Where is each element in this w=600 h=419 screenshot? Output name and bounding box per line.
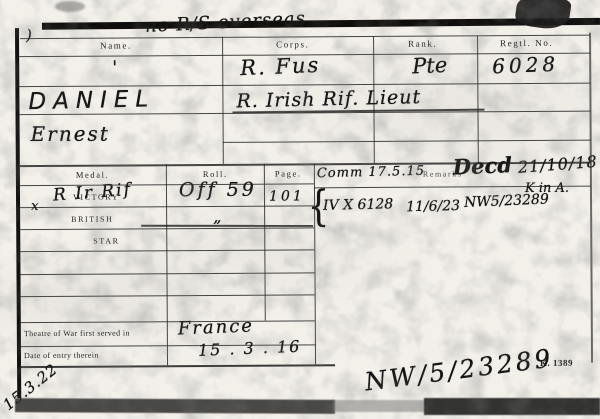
top-handwritten-note: no R/S overseas, [145,8,314,37]
regtl-no-column-header: Regtl. No. [500,38,553,48]
scanned-medal-index-card: Name. Corps. Rank. Regtl. No. Medal. Rol… [0,0,600,419]
corps-entry: R. Fus [240,53,321,80]
footer-reference: NW/5/23289 [363,343,555,396]
corner-mark: ) [26,26,32,44]
theatre-entry: France [177,315,254,339]
commission-note: Comm 17.5.15 [317,164,426,182]
rule-line [222,37,224,164]
rule-line [166,164,168,365]
rule-line [223,140,591,143]
corps-column-header: Corps. [276,39,309,49]
card-sheet: Name. Corps. Rank. Regtl. No. Medal. Rol… [0,0,600,419]
scan-bottom-band [15,398,335,414]
rank-column-header: Rank. [408,39,437,49]
victory-roll-entry: Off 59 [179,179,257,201]
victory-roll-script: R Ir Rif [52,180,132,206]
scan-smudge [55,1,85,12]
card-left-edge [15,28,21,398]
ink-underline [141,225,313,227]
entry-date-value: 15 . 3 . 16 [198,337,302,360]
name-cell-tick: ' [112,58,117,79]
rule-line [477,35,479,162]
second-unit-rank-entry: R. Irish Rif. Lieut [236,86,421,112]
star-medal-label: STAR [93,237,119,246]
british-medal-label: BRITISH [71,215,113,224]
british-roll-ditto: „ [213,207,221,226]
medal-column-header: Medal. [76,170,110,180]
scan-bottom-band [333,400,425,412]
page-column-header: Page. [275,168,302,178]
reference-entry-3: NW5/23289 [464,191,549,210]
roll-column-header: Roll. [203,169,228,179]
card-bottom-rule [17,364,335,368]
forename-entry: Ernest [31,122,110,146]
deceased-note: Decd [452,152,512,179]
victory-page-entry: 101 [269,188,305,204]
surname-entry: DANIEL [28,86,155,115]
victory-row-mark: x [31,199,38,214]
reference-entry-1: IV X 6128 [323,196,393,214]
date-of-entry-label: Date of entry therein [24,351,99,360]
regtl-no-entry: 6028 [492,52,560,79]
deceased-date: 21/10/18 [517,152,598,177]
rule-line [264,164,266,321]
rank-entry: Pte [412,53,448,78]
scan-bottom-band [424,398,600,415]
theatre-of-war-label: Theatre of War first served in [24,328,130,338]
name-column-header: Name. [100,40,132,50]
reference-entry-2: 11/6/23 [406,198,460,215]
